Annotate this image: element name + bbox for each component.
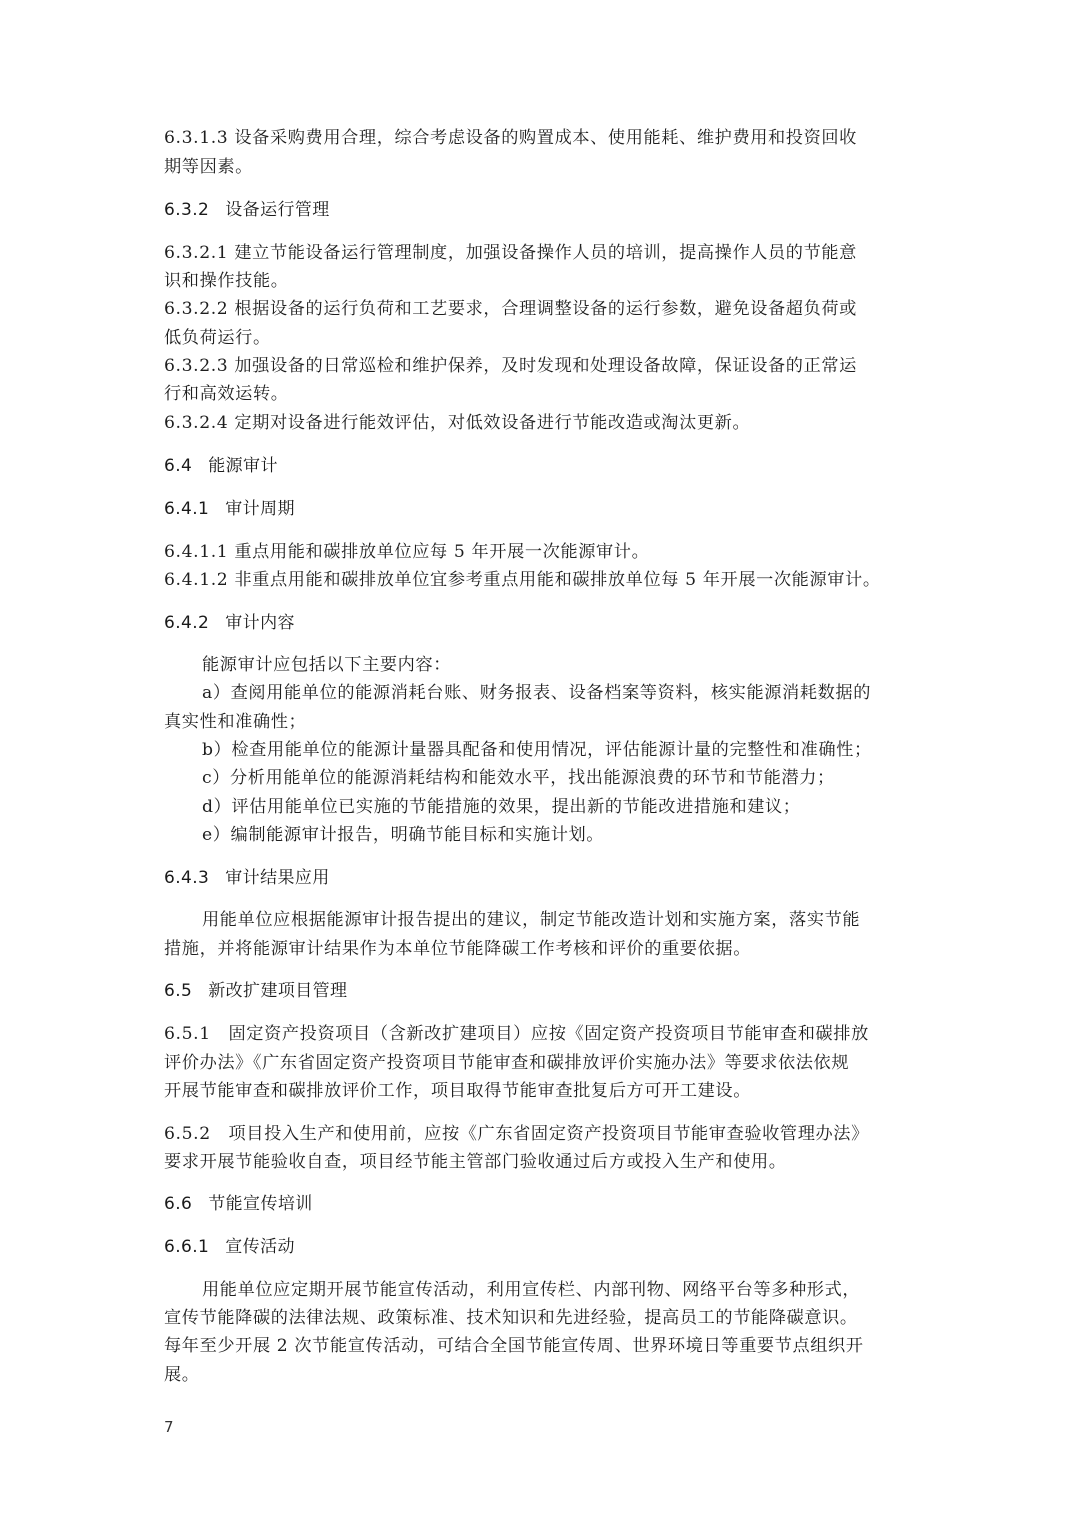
section-heading: 6.4能源审计 bbox=[164, 455, 278, 477]
paragraph-line: 6.4.1.2 非重点用能和碳排放单位宜参考重点用能和碳排放单位每 5 年开展一… bbox=[164, 569, 881, 591]
section-title: 审计周期 bbox=[225, 499, 295, 519]
paragraph-line: 真实性和准确性； bbox=[164, 711, 306, 733]
section-title: 节能宣传培训 bbox=[208, 1194, 312, 1214]
paragraph-line: d）评估用能单位已实施的节能措施的效果，提出新的节能改进措施和建议； bbox=[202, 796, 801, 818]
paragraph-line: 6.5.1 固定资产投资项目（含新改扩建项目）应按《固定资产投资项目节能审查和碳… bbox=[164, 1023, 869, 1045]
paragraph-line: 开展节能审查和碳排放评价工作，项目取得节能审查批复后方可开工建设。 bbox=[164, 1080, 751, 1102]
section-title: 能源审计 bbox=[208, 456, 278, 476]
paragraph-line: 6.3.2.1 建立节能设备运行管理制度，加强设备操作人员的培训，提高操作人员的… bbox=[164, 242, 857, 264]
paragraph-line: 展。 bbox=[164, 1364, 200, 1386]
paragraph-line: 措施，并将能源审计结果作为本单位节能降碳工作考核和评价的重要依据。 bbox=[164, 938, 751, 960]
section-heading: 6.4.3审计结果应用 bbox=[164, 867, 330, 889]
section-number: 6.5 bbox=[164, 980, 192, 1002]
paragraph-line: 6.3.2.4 定期对设备进行能效评估，对低效设备进行节能改造或淘汰更新。 bbox=[164, 412, 750, 434]
section-number: 6.4.2 bbox=[164, 612, 209, 634]
section-heading: 6.6节能宣传培训 bbox=[164, 1193, 313, 1215]
paragraph-line: 能源审计应包括以下主要内容： bbox=[202, 654, 451, 676]
paragraph-line: 6.3.2.3 加强设备的日常巡检和维护保养，及时发现和处理设备故障，保证设备的… bbox=[164, 355, 857, 377]
section-number: 6.6 bbox=[164, 1193, 192, 1215]
section-heading: 6.3.2设备运行管理 bbox=[164, 199, 330, 221]
paragraph-line: a）查阅用能单位的能源消耗台账、财务报表、设备档案等资料，核实能源消耗数据的 bbox=[202, 682, 871, 704]
paragraph-line: b）检查用能单位的能源计量器具配备和使用情况，评估能源计量的完整性和准确性； bbox=[202, 739, 872, 761]
section-heading: 6.4.1审计周期 bbox=[164, 498, 295, 520]
section-title: 审计结果应用 bbox=[225, 868, 329, 888]
paragraph-line: 每年至少开展 2 次节能宣传活动，可结合全国节能宣传周、世界环境日等重要节点组织… bbox=[164, 1335, 864, 1357]
paragraph-line: 用能单位应根据能源审计报告提出的建议，制定节能改造计划和实施方案，落实节能 bbox=[202, 909, 860, 931]
paragraph-line: 6.4.1.1 重点用能和碳排放单位应每 5 年开展一次能源审计。 bbox=[164, 541, 649, 563]
paragraph-line: 行和高效运转。 bbox=[164, 383, 289, 405]
paragraph-line: 用能单位应定期开展节能宣传活动，利用宣传栏、内部刊物、网络平台等多种形式， bbox=[202, 1279, 860, 1301]
paragraph-line: 宣传节能降碳的法律法规、政策标准、技术知识和先进经验，提高员工的节能降碳意识。 bbox=[164, 1307, 858, 1329]
section-title: 宣传活动 bbox=[225, 1237, 295, 1257]
section-title: 审计内容 bbox=[225, 613, 295, 633]
section-number: 6.4.3 bbox=[164, 867, 209, 889]
section-heading: 6.5新改扩建项目管理 bbox=[164, 980, 347, 1002]
section-title: 设备运行管理 bbox=[225, 200, 329, 220]
paragraph-line: 要求开展节能验收自查，项目经节能主管部门验收通过后方或投入生产和使用。 bbox=[164, 1151, 787, 1173]
paragraph-line: 识和操作技能。 bbox=[164, 270, 289, 292]
section-heading: 6.6.1宣传活动 bbox=[164, 1236, 295, 1258]
paragraph-line: e）编制能源审计报告，明确节能目标和实施计划。 bbox=[202, 824, 604, 846]
section-number: 6.4 bbox=[164, 455, 192, 477]
section-number: 6.6.1 bbox=[164, 1236, 209, 1258]
section-heading: 6.4.2审计内容 bbox=[164, 612, 295, 634]
section-number: 6.3.2 bbox=[164, 199, 209, 221]
paragraph-line: 评价办法》《广东省固定资产投资项目节能审查和碳排放评价实施办法》等要求依法依规 bbox=[164, 1052, 849, 1074]
page-number: 7 bbox=[164, 1418, 174, 1436]
section-number: 6.4.1 bbox=[164, 498, 209, 520]
paragraph-line: 6.3.1.3 设备采购费用合理，综合考虑设备的购置成本、使用能耗、维护费用和投… bbox=[164, 127, 857, 149]
paragraph-line: 期等因素。 bbox=[164, 156, 253, 178]
paragraph-line: c）分析用能单位的能源消耗结构和能效水平，找出能源浪费的环节和节能潜力； bbox=[202, 767, 835, 789]
section-title: 新改扩建项目管理 bbox=[208, 981, 347, 1001]
paragraph-line: 6.5.2 项目投入生产和使用前，应按《广东省固定资产投资项目节能审查验收管理办… bbox=[164, 1123, 869, 1145]
paragraph-line: 低负荷运行。 bbox=[164, 327, 271, 349]
paragraph-line: 6.3.2.2 根据设备的运行负荷和工艺要求，合理调整设备的运行参数，避免设备超… bbox=[164, 298, 857, 320]
